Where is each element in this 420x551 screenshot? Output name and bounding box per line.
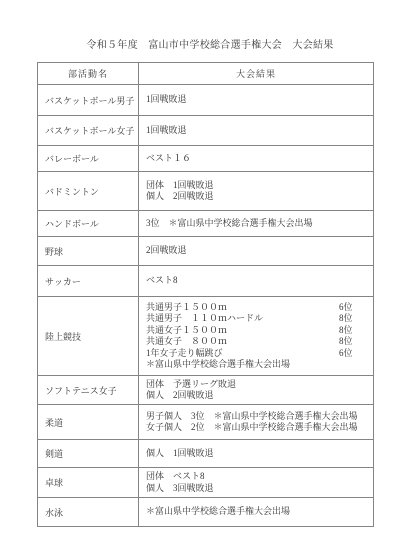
result-cell: 個人 1回戦敗退 <box>139 440 374 468</box>
table-row: 陸上競技共通男子１５００ｍ6位共通男子 １１０ｍハードル8位共通女子１５００ｍ8… <box>38 297 374 376</box>
club-name-cell: バドミントン <box>38 172 139 211</box>
track-event-name: 共通男子 １１０ｍハードル <box>146 313 339 325</box>
club-column-header: 部活動名 <box>38 63 139 85</box>
result-line: 団体 ベスト8 <box>146 471 373 483</box>
club-name-cell: ソフトテニス女子 <box>38 376 139 405</box>
results-table-body: バスケットボール男子1回戦敗退バスケットボール女子1回戦敗退バレーボールベスト１… <box>38 85 374 527</box>
track-event-name: 共通女子 ８００ｍ <box>146 336 339 348</box>
result-column-header: 大会結果 <box>139 63 374 85</box>
track-event-rank: 8位 <box>339 336 353 346</box>
result-line: 共通男子 １１０ｍハードル8位 <box>146 313 373 325</box>
result-line: 個人 2回戦敗退 <box>146 191 373 203</box>
result-cell: 1回戦敗退 <box>139 116 374 146</box>
result-cell: 1回戦敗退 <box>139 85 374 116</box>
result-cell: 共通男子１５００ｍ6位共通男子 １１０ｍハードル8位共通女子１５００ｍ8位共通女… <box>139 297 374 376</box>
table-row: 水泳＊富山県中学校総合選手権大会出場 <box>38 498 374 527</box>
result-cell: ＊富山県中学校総合選手権大会出場 <box>139 498 374 527</box>
club-name-cell: サッカー <box>38 266 139 297</box>
result-line: 3位 ＊富山県中学校総合選手権大会出場 <box>146 218 373 230</box>
table-row: 柔道男子個人 3位 ＊富山県中学校総合選手権大会出場女子個人 2位 ＊富山県中学… <box>38 405 374 440</box>
track-event-rank: 8位 <box>339 313 353 323</box>
track-event-name: 1年女子走り幅跳び <box>146 348 339 360</box>
table-row: バドミントン団体 1回戦敗退個人 2回戦敗退 <box>38 172 374 211</box>
club-name-cell: 陸上競技 <box>38 297 139 376</box>
results-table: 部活動名 大会結果 バスケットボール男子1回戦敗退バスケットボール女子1回戦敗退… <box>37 62 374 527</box>
result-line: ＊富山県中学校総合選手権大会出場 <box>146 506 373 518</box>
result-line: 男子個人 3位 ＊富山県中学校総合選手権大会出場 <box>146 411 373 423</box>
result-cell: ベスト１６ <box>139 146 374 172</box>
track-event-name: 共通男子１５００ｍ <box>146 302 339 314</box>
result-line: ベスト8 <box>146 275 373 287</box>
club-name-cell: バレーボール <box>38 146 139 172</box>
club-name-cell: 水泳 <box>38 498 139 527</box>
result-line: ベスト１６ <box>146 153 373 165</box>
result-line: 1年女子走り幅跳び6位 <box>146 348 373 360</box>
document-page: 令和５年度 富山市中学校総合選手権大会 大会結果 部活動名 大会結果 バスケット… <box>0 0 420 551</box>
result-line: 2回戦敗退 <box>146 245 373 257</box>
table-header-row: 部活動名 大会結果 <box>38 63 374 85</box>
result-line: 団体 予選リーグ敗退 <box>146 379 373 391</box>
table-row: ソフトテニス女子団体 予選リーグ敗退個人 2回戦敗退 <box>38 376 374 405</box>
result-line: 個人 3回戦敗退 <box>146 483 373 495</box>
result-cell: 2回戦敗退 <box>139 237 374 266</box>
result-line: 1回戦敗退 <box>146 94 373 106</box>
track-event-rank: 6位 <box>339 302 353 312</box>
track-event-rank: 6位 <box>339 348 353 358</box>
table-row: 剣道個人 1回戦敗退 <box>38 440 374 468</box>
club-name-cell: 柔道 <box>38 405 139 440</box>
club-name-cell: ハンドボール <box>38 211 139 237</box>
result-line: 共通女子 ８００ｍ8位 <box>146 336 373 348</box>
result-cell: 3位 ＊富山県中学校総合選手権大会出場 <box>139 211 374 237</box>
result-line: 個人 1回戦敗退 <box>146 448 373 460</box>
result-cell: 団体 予選リーグ敗退個人 2回戦敗退 <box>139 376 374 405</box>
table-row: バスケットボール女子1回戦敗退 <box>38 116 374 146</box>
result-cell: 団体 ベスト8個人 3回戦敗退 <box>139 468 374 498</box>
club-name-cell: 剣道 <box>38 440 139 468</box>
table-row: 野球2回戦敗退 <box>38 237 374 266</box>
result-cell: 団体 1回戦敗退個人 2回戦敗退 <box>139 172 374 211</box>
table-row: バスケットボール男子1回戦敗退 <box>38 85 374 116</box>
result-line: 女子個人 2位 ＊富山県中学校総合選手権大会出場 <box>146 422 373 434</box>
result-line: 共通女子１５００ｍ8位 <box>146 325 373 337</box>
track-event-rank: 8位 <box>339 325 353 335</box>
result-line: 個人 2回戦敗退 <box>146 390 373 402</box>
table-row: サッカーベスト8 <box>38 266 374 297</box>
club-name-cell: 卓球 <box>38 468 139 498</box>
result-line: 1回戦敗退 <box>146 125 373 137</box>
table-row: ハンドボール3位 ＊富山県中学校総合選手権大会出場 <box>38 211 374 237</box>
table-row: 卓球団体 ベスト8個人 3回戦敗退 <box>38 468 374 498</box>
result-cell: 男子個人 3位 ＊富山県中学校総合選手権大会出場女子個人 2位 ＊富山県中学校総… <box>139 405 374 440</box>
result-line: 団体 1回戦敗退 <box>146 180 373 192</box>
result-line: ＊富山県中学校総合選手権大会出場 <box>146 359 373 371</box>
club-name-cell: 野球 <box>38 237 139 266</box>
result-line: 共通男子１５００ｍ6位 <box>146 302 373 314</box>
club-name-cell: バスケットボール男子 <box>38 85 139 116</box>
result-cell: ベスト8 <box>139 266 374 297</box>
track-event-name: 共通女子１５００ｍ <box>146 325 339 337</box>
table-row: バレーボールベスト１６ <box>38 146 374 172</box>
page-title: 令和５年度 富山市中学校総合選手権大会 大会結果 <box>0 36 420 51</box>
club-name-cell: バスケットボール女子 <box>38 116 139 146</box>
